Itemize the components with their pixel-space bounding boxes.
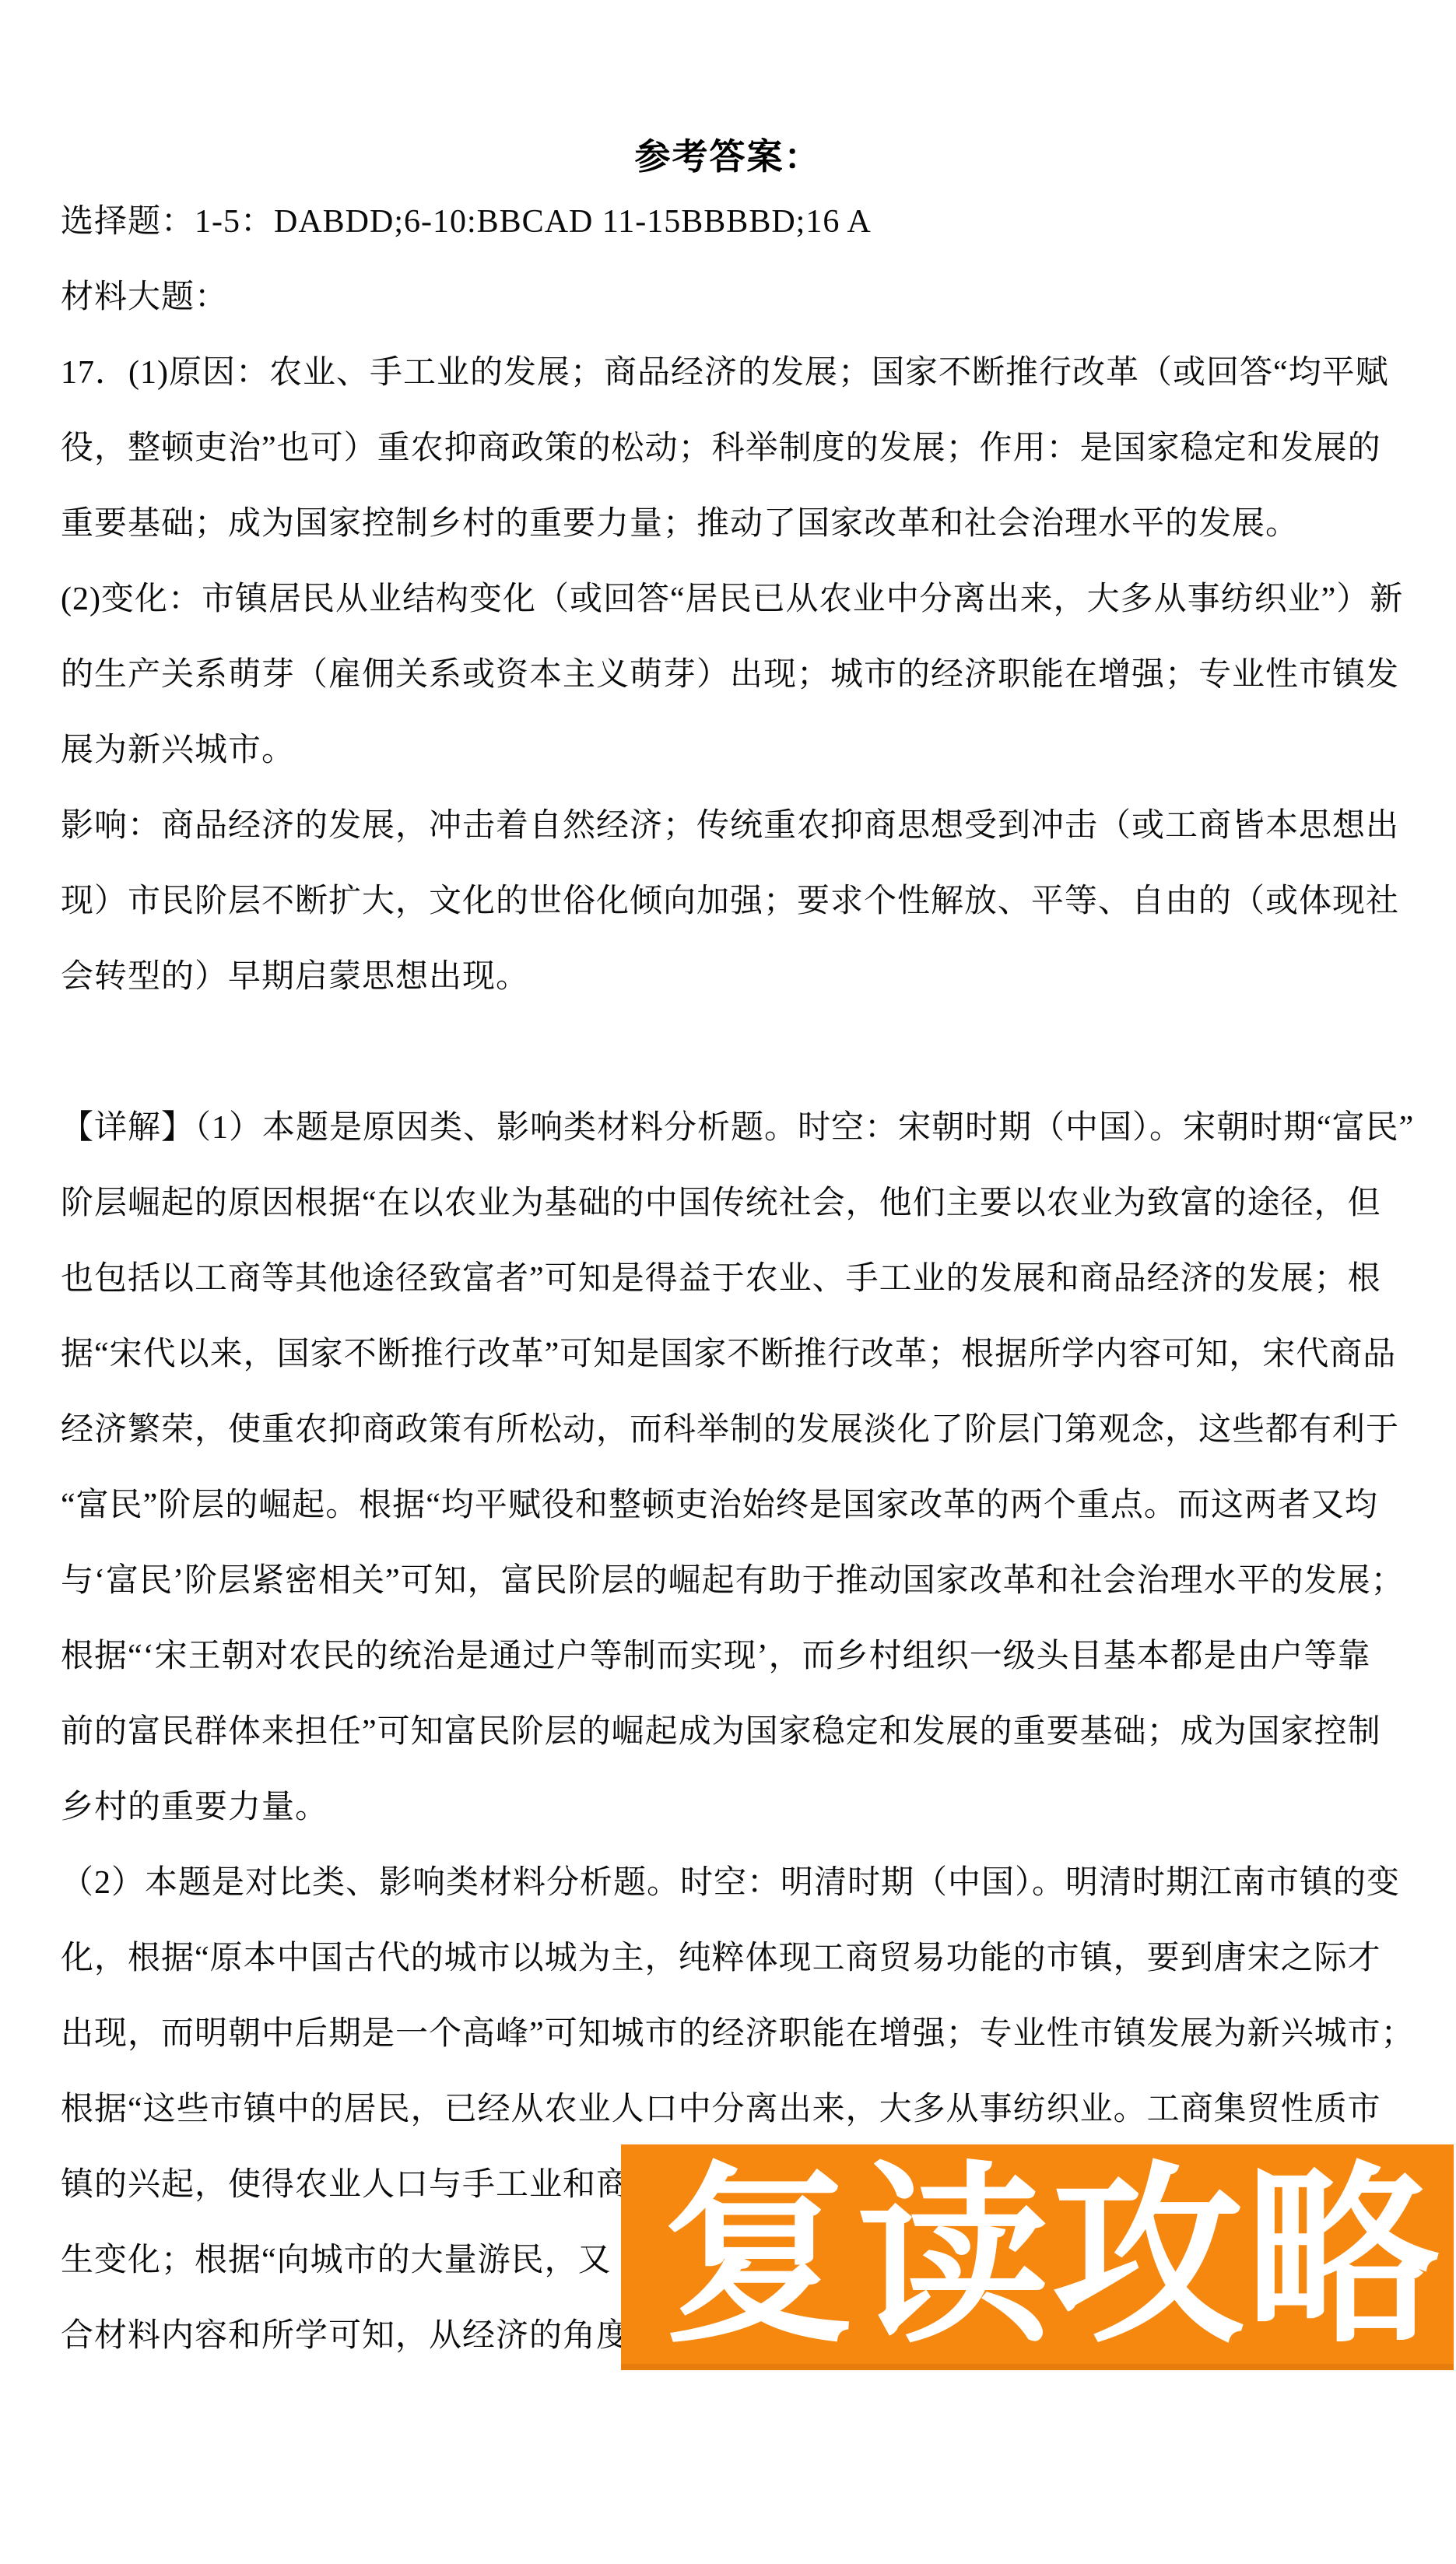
text-line: 17．(1)原因：农业、手工业的发展；商品经济的发展；国家不断推行改革（或回答“…	[61, 335, 1411, 411]
text-line: 会转型的）早期启蒙思想出现。	[61, 940, 1411, 1015]
document-page: 参考答案： 选择题：1-5：DABDD;6-10:BBCAD 11-15BBBB…	[0, 0, 1456, 2564]
text-line: 经济繁荣，使重农抑商政策有所松动，而科举制的发展淡化了阶层门第观念，这些都有利于	[61, 1393, 1411, 1468]
text-line: 乡村的重要力量。	[61, 1770, 1411, 1846]
text-line: （2）本题是对比类、影响类材料分析题。时空：明清时期（中国）。明清时期江南市镇的…	[61, 1846, 1411, 1921]
text-line: 根据“‘宋王朝对农民的统治是通过户等制而实现’，而乡村组织一级头目基本都是由户等…	[61, 1619, 1411, 1695]
text-line: 影响：商品经济的发展，冲击着自然经济；传统重农抑商思想受到冲击（或工商皆本思想出	[61, 789, 1411, 864]
text-line: 现）市民阶层不断扩大，文化的世俗化倾向加强；要求个性解放、平等、自由的（或体现社	[61, 864, 1411, 940]
text-line: 材料大题：	[61, 260, 1411, 335]
page-title: 参考答案：	[0, 128, 1456, 180]
text-line: 也包括以工商等其他途径致富者”可知是得益于农业、手工业的发展和商品经济的发展；根	[61, 1242, 1411, 1317]
text-line: 根据“这些市镇中的居民，已经从农业人口中分离出来，大多从事纺织业。工商集贸性质市	[61, 2072, 1411, 2148]
text-line: 与‘富民’阶层紧密相关”可知，富民阶层的崛起有助于推动国家改革和社会治理水平的发…	[61, 1544, 1411, 1619]
text-line: 化，根据“原本中国古代的城市以城为主，纯粹体现工商贸易功能的市镇，要到唐宋之际才	[61, 1921, 1411, 1997]
text-line: 的生产关系萌芽（雇佣关系或资本主义萌芽）出现；城市的经济职能在增强；专业性市镇发	[61, 637, 1411, 713]
text-line: 役，整顿吏治”也可）重农抑商政策的松动；科举制度的发展；作用：是国家稳定和发展的	[61, 411, 1411, 486]
text-line: 【详解】（1）本题是原因类、影响类材料分析题。时空：宋朝时期（中国）。宋朝时期“…	[61, 1091, 1411, 1166]
text-line: “富民”阶层的崛起。根据“均平赋役和整顿吏治始终是国家改革的两个重点。而这两者又…	[61, 1468, 1411, 1544]
text-line: 阶层崛起的原因根据“在以农业为基础的中国传统社会，他们主要以农业为致富的途径，但	[61, 1166, 1411, 1242]
text-line: 前的富民群体来担任”可知富民阶层的崛起成为国家稳定和发展的重要基础；成为国家控制	[61, 1695, 1411, 1770]
text-line: 出现，而明朝中后期是一个高峰”可知城市的经济职能在增强；专业性市镇发展为新兴城市…	[61, 1997, 1411, 2072]
text-line	[61, 1015, 1411, 1091]
watermark-text: 复读攻略	[662, 2144, 1440, 2370]
text-line: 重要基础；成为国家控制乡村的重要力量；推动了国家改革和社会治理水平的发展。	[61, 486, 1411, 562]
document-body: 选择题：1-5：DABDD;6-10:BBCAD 11-15BBBBD;16 A…	[61, 184, 1411, 2374]
text-line: 选择题：1-5：DABDD;6-10:BBCAD 11-15BBBBD;16 A	[61, 184, 1411, 260]
watermark-banner: 复读攻略	[621, 2144, 1454, 2370]
text-line: 据“宋代以来，国家不断推行改革”可知是国家不断推行改革；根据所学内容可知，宋代商…	[61, 1317, 1411, 1393]
text-line: 展为新兴城市。	[61, 713, 1411, 789]
text-line: (2)变化：市镇居民从业结构变化（或回答“居民已从农业中分离出来，大多从事纺织业…	[61, 562, 1411, 637]
